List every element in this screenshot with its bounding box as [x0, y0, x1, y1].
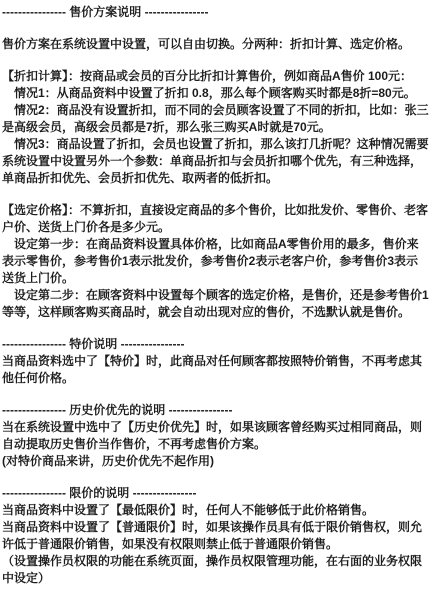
discount-case-1: 情况1：从商品资料中设置了折扣 0.8，那么每个顾客购买时都是8折=80元。 — [2, 85, 430, 102]
discount-calc-lead: 【折扣计算】：按商品或会员的百分比折扣计算售价，例如商品A售价 100元： — [2, 68, 430, 85]
selected-price-step-2: 设定第二步：在顾客资料中设置每个顾客的选定价格，是售价，还是参考售价1等等，这样… — [2, 287, 430, 321]
special-price-desc: 当商品资料选中了【特价】时，此商品对任何顾客都按照特价销售，不再考虑其他任何价格… — [2, 353, 430, 387]
blank-line — [2, 470, 430, 485]
blank-line — [2, 387, 430, 402]
discount-case-2: 情况2：商品没有设置折扣，而不同的会员顾客设置了不同的折扣，比如：张三是高级会员… — [2, 102, 430, 136]
selected-price-lead: 【选定价格】：不算折扣，直接设定商品的多个售价，比如批发价、零售价、老客户价、送… — [2, 202, 430, 236]
blank-line — [2, 187, 430, 202]
selected-price-step-1: 设定第一步：在商品资料设置具体价格，比如商品A零售价用的最多，售价来表示零售价，… — [2, 236, 430, 287]
price-limit-permission-note: （设置操作员权限的功能在系统页面，操作员权限管理功能，在右面的业务权限中设定） — [2, 553, 430, 587]
blank-line — [2, 21, 430, 36]
section-title-special-price: ---------------- 特价说明 ---------------- — [2, 336, 430, 353]
price-limit-min-rule: 当商品资料中设置了【最低限价】时，任何人不能够低于此价格销售。 — [2, 502, 430, 519]
pricing-help-document: ---------------- 售价方案说明 ----------------… — [0, 0, 432, 587]
discount-case-3: 情况3：商品设置了折扣，会员也设置了折扣，那么该打几折呢？这种情况需要系统设置中… — [2, 136, 430, 187]
history-price-note: (对特价商品来讲，历史价优先不起作用) — [2, 453, 430, 470]
price-limit-normal-rule: 当商品资料中设置了【普通限价】时，如果该操作员具有低于限价销售权，则允许低于普通… — [2, 519, 430, 553]
pricing-scheme-intro: 售价方案在系统设置中设置，可以自由切换。分两种：折扣计算、选定价格。 — [2, 36, 430, 53]
history-price-desc: 当在系统设置中选中了【历史价优先】时，如果该顾客曾经购买过相同商品，则自动提取历… — [2, 419, 430, 453]
section-title-price-limit: ---------------- 限价的说明 ---------------- — [2, 485, 430, 502]
blank-line — [2, 53, 430, 68]
blank-line — [2, 321, 430, 336]
section-title-pricing-scheme: ---------------- 售价方案说明 ---------------- — [2, 4, 430, 21]
section-title-history-price: ---------------- 历史价优先的说明 --------------… — [2, 402, 430, 419]
